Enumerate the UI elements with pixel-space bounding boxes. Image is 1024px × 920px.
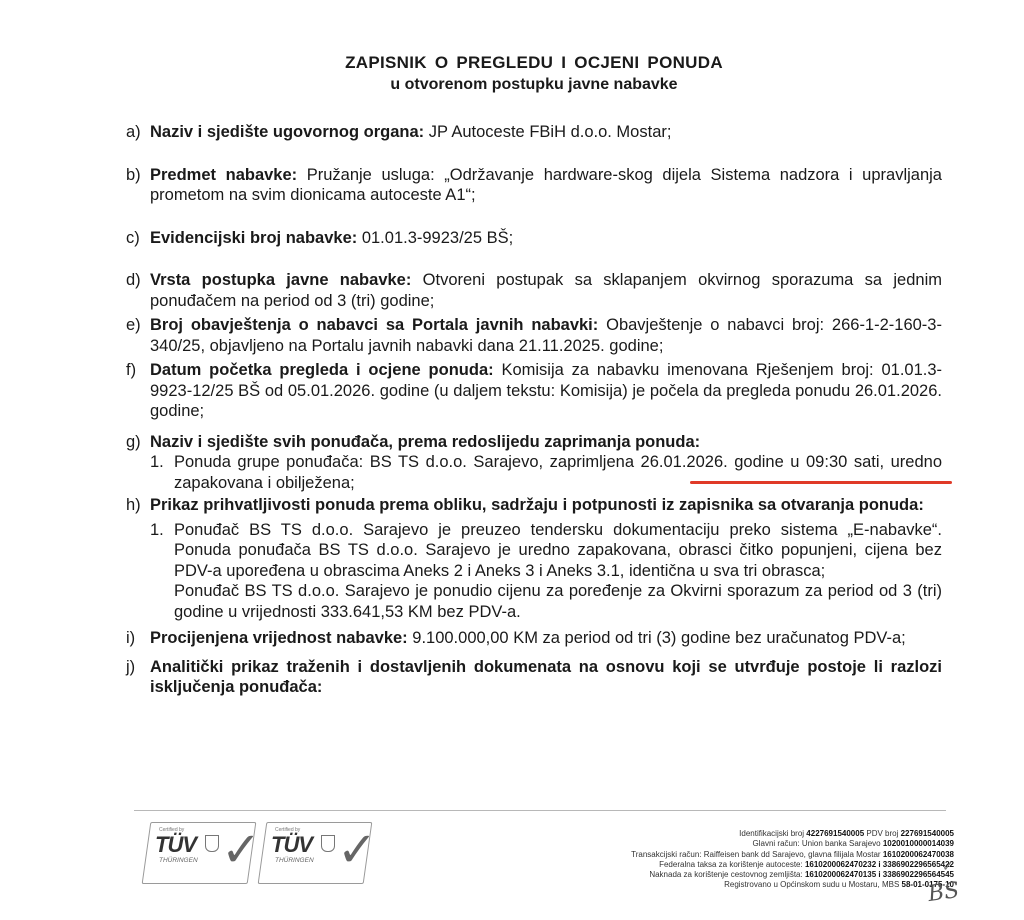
item-i: i) Procijenjena vrijednost nabavke: 9.10… [126, 628, 942, 649]
item-g: g) Naziv i sjedište svih ponuđača, prema… [126, 432, 942, 453]
registry-line: Glavni račun: Union banka Sarajevo 10200… [631, 839, 954, 849]
item-letter: a) [126, 122, 141, 143]
item-g-sub-1: 1. Ponuda grupe ponuđača: BS TS d.o.o. S… [126, 452, 942, 493]
item-d: d) Vrsta postupka javne nabavke: Otvoren… [126, 270, 942, 311]
item-letter: g) [126, 432, 141, 453]
registry-line: Transakcijski račun: Raiffeisen bank dd … [631, 850, 954, 860]
handwritten-initials: BS [926, 878, 960, 907]
item-e: e) Broj obavještenja o nabavci sa Portal… [126, 315, 942, 356]
item-letter: f) [126, 360, 136, 381]
document-header: ZAPISNIK O PREGLEDU I OCJENI PONUDA u ot… [0, 52, 1024, 96]
item-text: 9.100.000,00 KM za period od tri (3) god… [408, 629, 906, 647]
item-label: Naziv i sjedište ugovornog organa: [150, 123, 424, 141]
item-text: JP Autoceste FBiH d.o.o. Mostar; [424, 123, 671, 141]
footer-divider [134, 810, 946, 811]
item-label: Procijenjena vrijednost nabavke: [150, 629, 408, 647]
item-letter: b) [126, 165, 141, 186]
checkmark-icon: ✓ [221, 827, 261, 875]
item-label: Analitički prikaz traženih i dostavljeni… [150, 658, 942, 697]
item-label: Evidencijski broj nabavke: [150, 229, 357, 247]
shield-icon [205, 835, 219, 852]
sub-number: 1. [150, 520, 164, 541]
handwritten-check-icon: ✓ [942, 858, 954, 875]
item-letter: e) [126, 315, 141, 336]
cert-region: THÜRINGEN [159, 857, 198, 864]
item-b: b) Predmet nabavke: Pružanje usluga: „Od… [126, 165, 942, 206]
document-title: ZAPISNIK O PREGLEDU I OCJENI PONUDA [0, 52, 1024, 74]
document-body: a) Naziv i sjedište ugovornog organa: JP… [126, 122, 942, 698]
sub-number: 1. [150, 452, 164, 473]
registry-line: Registrovano u Općinskom sudu u Mostaru,… [631, 880, 954, 890]
item-letter: i) [126, 628, 135, 649]
shield-icon [321, 835, 335, 852]
item-text: 01.01.3-9923/25 BŠ; [357, 229, 513, 247]
item-letter: j) [126, 657, 135, 678]
item-h: h) Prikaz prihvatljivosti ponuda prema o… [126, 495, 942, 516]
item-a: a) Naziv i sjedište ugovornog organa: JP… [126, 122, 942, 143]
registry-line: Identifikacijski broj 4227691540005 PDV … [631, 829, 954, 839]
sub-text: Ponuda grupe ponuđača: BS TS d.o.o. Sara… [174, 453, 942, 492]
red-underline-annotation [690, 481, 952, 484]
item-label: Datum početka pregleda i ocjene ponuda: [150, 361, 494, 379]
cert-region: THÜRINGEN [275, 857, 314, 864]
item-label: Broj obavještenja o nabavci sa Portala j… [150, 316, 598, 334]
item-label: Prikaz prihvatljivosti ponuda prema obli… [150, 496, 924, 514]
tuv-logo: TÜV [155, 832, 196, 858]
tuv-certificate-badge-1: Certified by TÜV THÜRINGEN ✓ [142, 822, 257, 884]
sub-text: Ponuđač BS TS d.o.o. Sarajevo je preuzeo… [174, 521, 942, 580]
item-letter: h) [126, 495, 141, 516]
item-letter: c) [126, 228, 140, 249]
checkmark-icon: ✓ [337, 827, 377, 875]
company-registry-info: Identifikacijski broj 4227691540005 PDV … [631, 829, 954, 891]
item-label: Predmet nabavke: [150, 166, 297, 184]
item-f: f) Datum početka pregleda i ocjene ponud… [126, 360, 942, 422]
document-subtitle: u otvorenom postupku javne nabavke [0, 74, 1024, 96]
item-c: c) Evidencijski broj nabavke: 01.01.3-99… [126, 228, 942, 249]
item-label: Naziv i sjedište svih ponuđača, prema re… [150, 433, 700, 451]
registry-line: Naknada za korištenje cestovnog zemljišt… [631, 870, 954, 880]
tuv-logo: TÜV [271, 832, 312, 858]
document-page: ZAPISNIK O PREGLEDU I OCJENI PONUDA u ot… [0, 0, 1024, 920]
tuv-certificate-badge-2: Certified by TÜV THÜRINGEN ✓ [258, 822, 373, 884]
item-letter: d) [126, 270, 141, 291]
registry-line: Federalna taksa za korištenje autoceste:… [631, 860, 954, 870]
item-label: Vrsta postupka javne nabavke: [150, 271, 411, 289]
item-h-sub-1: 1. Ponuđač BS TS d.o.o. Sarajevo je preu… [126, 520, 942, 582]
item-h-sub-1-continuation: Ponuđač BS TS d.o.o. Sarajevo je ponudio… [126, 581, 942, 622]
item-j: j) Analitički prikaz traženih i dostavlj… [126, 657, 942, 698]
